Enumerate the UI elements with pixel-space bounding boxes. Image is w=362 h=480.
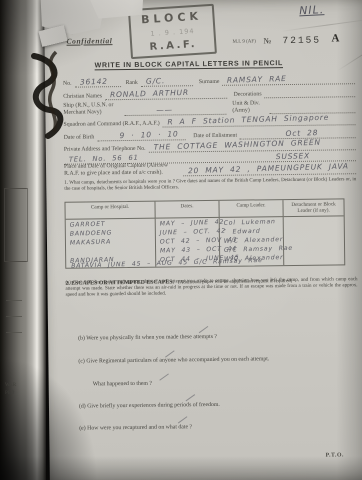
col-header-dates: Dates. xyxy=(155,201,219,219)
surname-label: Surname xyxy=(193,79,223,86)
rank-field: G/C. xyxy=(141,76,193,87)
enlistment-value: Oct 28 xyxy=(286,128,319,138)
paper-crease xyxy=(281,18,362,32)
confidential-marking: Confidential xyxy=(66,36,112,46)
decorations-field xyxy=(265,87,356,98)
stamp-line1: BLOCK xyxy=(141,10,203,27)
question-2c2-text: What happened to them ? xyxy=(93,381,152,388)
no-value: 36142 xyxy=(79,77,107,87)
ship-value: —— xyxy=(156,105,173,114)
form-serial-number: 72155 xyxy=(282,35,321,46)
binding-cord xyxy=(24,50,78,146)
date-of-birth-value: 9 · 10 · 10 xyxy=(119,129,178,140)
margin-text-fragment: PE ? xyxy=(5,391,14,396)
pencil-mark xyxy=(178,416,188,423)
pto-marking: P.T.O. xyxy=(326,452,344,458)
question-2d-text: (d) Give briefly your experiences during… xyxy=(79,402,220,410)
rank-label: Rank xyxy=(121,80,141,87)
nil-annotation: NIL. xyxy=(299,3,325,17)
pencil-mark xyxy=(159,373,169,380)
unit-div-label: Unit & Div. (Army) xyxy=(226,100,269,115)
enlistment-label: Date of Enlistment xyxy=(185,133,240,141)
question-2b-text: (b) Were you physically fit when you mad… xyxy=(78,334,217,342)
pencil-mark xyxy=(199,326,209,333)
scanned-document-photo: WAR PE ? BLOCK 1 . 9 . 194 R.A.F. Confid… xyxy=(0,0,362,480)
camp-entry: MAKASURA xyxy=(70,239,111,249)
paper-crease xyxy=(337,38,362,71)
christian-names-field: RONALD ARTHUR xyxy=(105,89,228,100)
date-of-birth-field: 9 · 10 · 10 xyxy=(97,130,185,141)
underlying-rule xyxy=(6,332,22,333)
squadron-field: R A F Station TENGAH Singapore xyxy=(163,115,356,127)
number-symbol: № xyxy=(263,36,271,45)
capture-value: 20 MAY 42 , PAMEUNGPEUK JAVA xyxy=(188,162,349,176)
squadron-label: Squadron and Command (R.A.F., A.A.F.) xyxy=(63,121,162,129)
capture-label: Place and Date of Original Capture (Airc… xyxy=(64,162,183,178)
col-header-camp: Camp or Hospital. xyxy=(65,202,155,221)
rank-value: G/C. xyxy=(146,76,165,86)
underlying-table-fragment xyxy=(4,188,28,262)
block-leader-column xyxy=(284,217,345,266)
col-header-block-leader: Detachment or Block Leader (if any). xyxy=(283,199,343,217)
capture-field: 20 MAY 42 , PAMEUNGPEUK JAVA xyxy=(183,162,356,177)
no-field: 36142 xyxy=(74,77,120,88)
mi9-reference: M.I. 9 (AF) xyxy=(232,39,255,44)
series-letter: A xyxy=(331,32,339,44)
ship-field: —— xyxy=(124,105,226,116)
question-1-text: 1. What camps, detachments or hospitals … xyxy=(64,177,356,192)
main-form-page: BLOCK 1 . 9 . 194 R.A.F. Confidential M.… xyxy=(44,0,362,480)
address-label: Private Address and Telephone No. xyxy=(64,146,149,154)
form-instruction-heading: WRITE IN BLOCK CAPITAL LETTERS IN PENCIL xyxy=(69,60,309,70)
col-header-leader: Camp Leader. xyxy=(219,200,283,218)
row-capture: Place and Date of Original Capture (Airc… xyxy=(64,160,356,178)
margin-text-fragment: WAR xyxy=(5,383,16,388)
stamp-date: 1 . 9 . 194 xyxy=(150,27,195,38)
underlying-rule xyxy=(6,300,22,301)
question-2c-text: (c) Give Regimental particulars of anyon… xyxy=(78,356,269,365)
christian-names-value: RONALD ARTHUR xyxy=(110,88,189,99)
underlying-rule xyxy=(6,316,22,317)
stamp-line3: R.A.F. xyxy=(149,39,197,53)
pencil-mark xyxy=(186,394,196,401)
row-number-rank-surname: No. 36142 Rank G/C. Surname RAMSAY RAE xyxy=(63,74,355,88)
surname-value: RAMSAY RAE xyxy=(227,74,287,85)
question-2e-text: (e) How were you recaptured and on what … xyxy=(79,424,192,432)
question-2a-text: (a) Give full description and approx. da… xyxy=(65,277,357,298)
county-value: SUSSEX xyxy=(276,151,310,161)
row-squadron-command: Squadron and Command (R.A.F., A.A.F.) R … xyxy=(63,115,355,129)
surname-field: RAMSAY RAE xyxy=(222,74,355,86)
decorations-label: Decorations xyxy=(228,91,265,98)
